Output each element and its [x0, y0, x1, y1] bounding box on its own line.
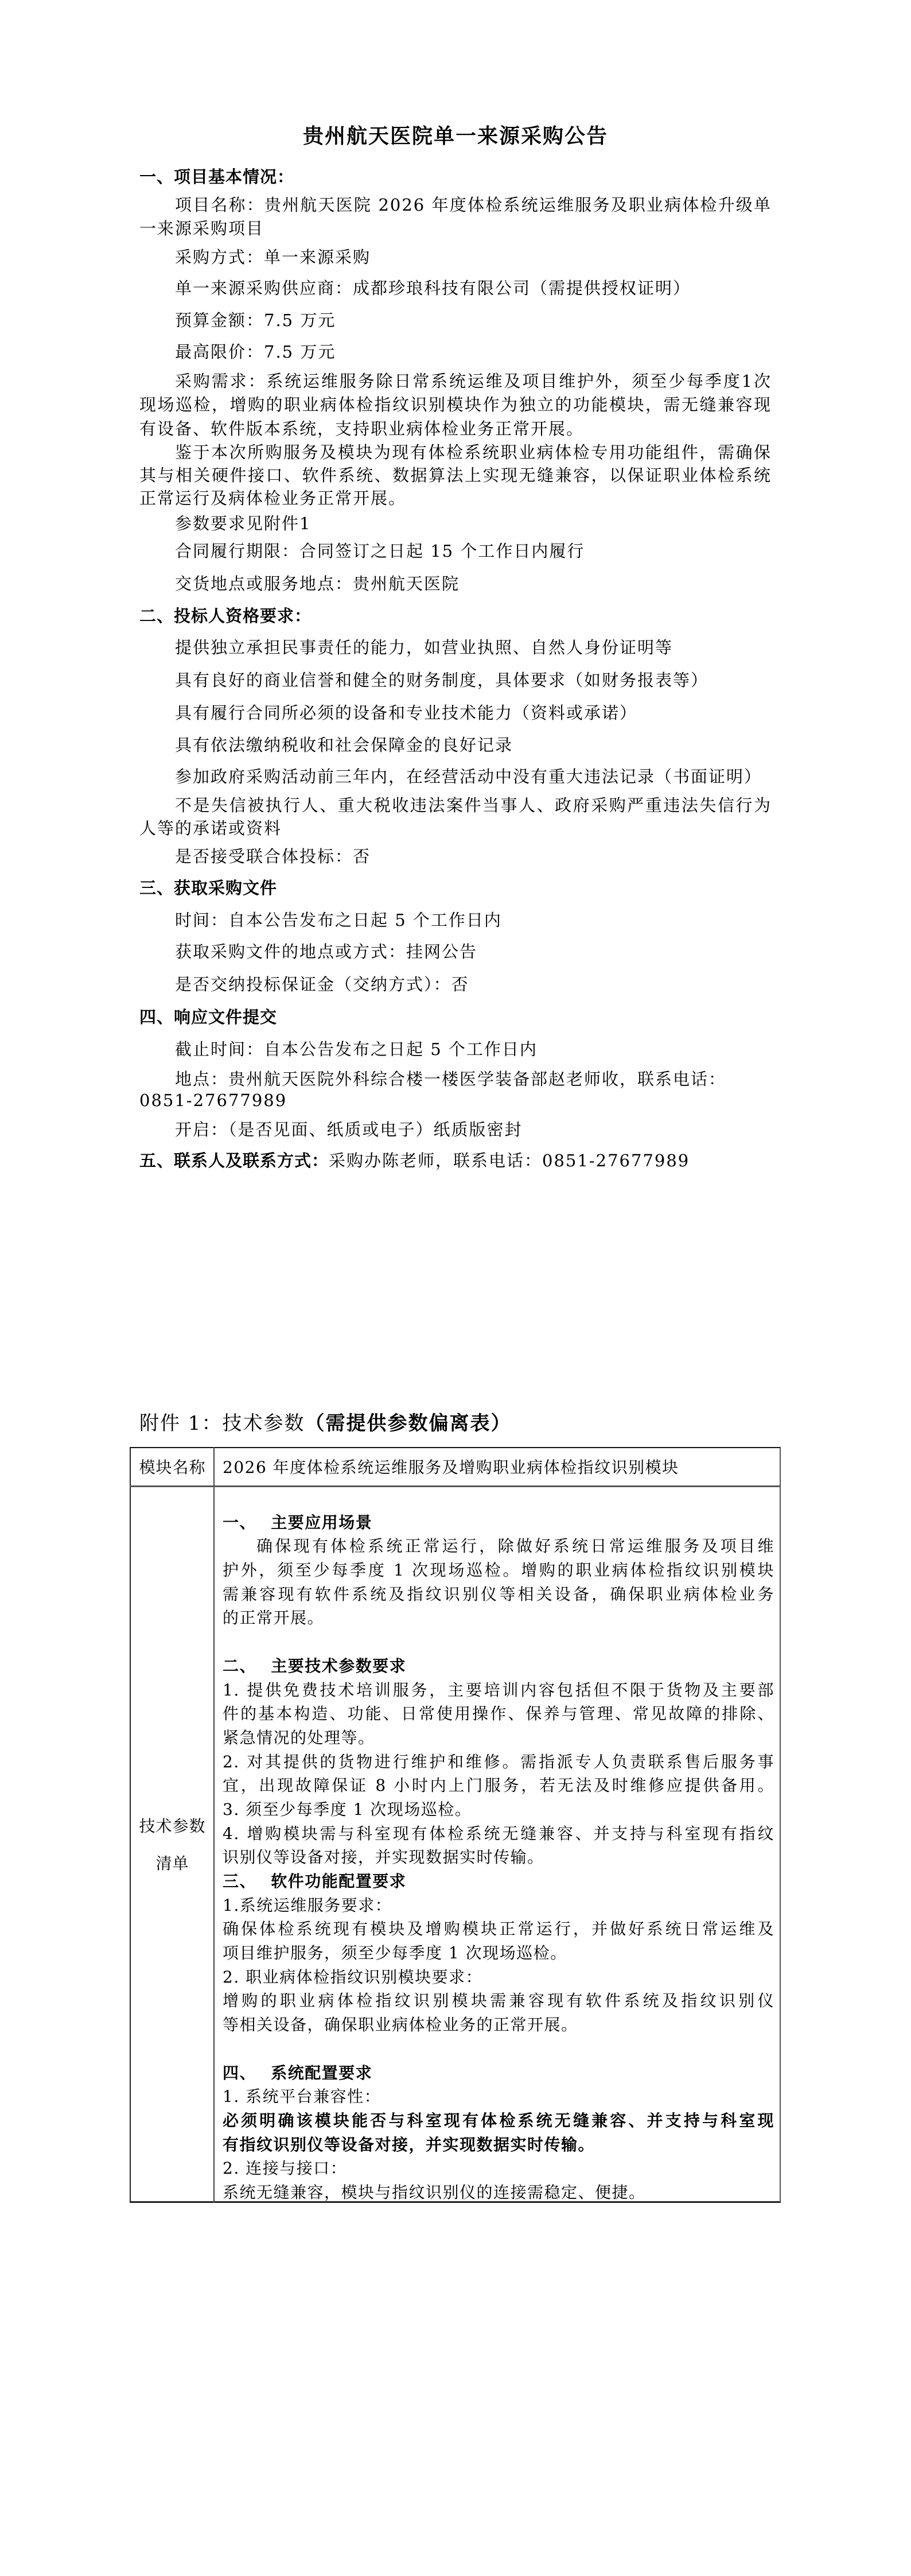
module-name-label: 模块名称	[131, 1456, 214, 1479]
content-line-emphasis: 必须明确该模块能否与科室现有体检系统无缝兼容、并支持与科室现	[223, 2109, 774, 2133]
attachment-title: 附件 1：技术参数（需提供参数偏离表）	[139, 1411, 511, 1436]
procurement-requirement-line: 采购需求：系统运维服务除日常系统运维及项目维护外，须至少每季度1次	[139, 370, 772, 393]
qualification-item: 参加政府采购活动前三年内，在经营活动中没有重大违法记录（书面证明）	[139, 765, 772, 788]
attachment-title-note: （需提供参数偏离表）	[305, 1412, 511, 1435]
content-line: 宜，出现故障保证 8 小时内上门服务，若无法及时维修应提供备用。	[223, 1774, 774, 1798]
supplier: 单一来源采购供应商：成都珍琅科技有限公司（需提供授权证明）	[139, 277, 772, 300]
content-line: 1. 提供免费技术培训服务，主要培训内容包括但不限于货物及主要部	[223, 1678, 774, 1702]
qualification-item: 具有良好的商业信誉和健全的财务制度，具体要求（如财务报表等）	[139, 669, 772, 692]
content-line: 系统无缝兼容，模块与指纹识别仪的连接需稳定、便捷。	[223, 2181, 774, 2205]
module-name-value: 2026 年度体检系统运维服务及增购职业病体检指纹识别模块	[223, 1456, 679, 1479]
blank-line	[223, 1630, 774, 1654]
content-line: 项目维护服务，须至少每季度 1 次现场巡检。	[223, 1941, 774, 1965]
subsection-heading: 四、 系统配置要求	[223, 2061, 774, 2085]
contract-period: 合同履行期限：合同签订之日起 15 个工作日内履行	[139, 540, 772, 562]
content-line: 2. 连接与接口：	[223, 2156, 774, 2181]
opening-method: 开启：（是否见面、纸质或电子）纸质版密封	[139, 1118, 772, 1141]
content-line: 1. 系统平台兼容性：	[223, 2085, 774, 2109]
max-price: 最高限价：7.5 万元	[139, 340, 772, 363]
notice-title: 贵州航天医院单一来源采购公告	[0, 123, 911, 149]
content-line: 识别仪等设备对接，并实现数据实时传输。	[223, 1845, 774, 1869]
content-line: 等相关设备，确保职业病体检业务的正常开展。	[223, 2013, 774, 2037]
bid-deposit: 是否交纳投标保证金（交纳方式）：否	[139, 973, 772, 996]
rationale-line: 鉴于本次所购服务及模块为现有体检系统职业病体检专用功能组件，需确保	[139, 441, 772, 464]
section-heading-contact: 五、联系人及联系方式：	[139, 1151, 329, 1170]
content-line: 增购的职业病体检指纹识别模块需兼容现有软件系统及指纹识别仪	[223, 1989, 774, 2013]
submission-location: 地点：贵州航天医院外科综合楼一楼医学装备部赵老师收，联系电话：	[139, 1068, 772, 1091]
project-name-line: 项目名称：贵州航天医院 2026 年度体检系统运维服务及职业病体检升级单	[139, 193, 772, 216]
content-line: 2. 职业病体检指纹识别模块要求：	[223, 1965, 774, 1989]
section-contact: 五、联系人及联系方式：采购办陈老师，联系电话：0851-27677989	[139, 1149, 772, 1172]
subsection-heading: 二、 主要技术参数要求	[223, 1654, 774, 1678]
content-line: 件的基本构造、功能、日常使用操作、保养与管理、常见故障的排除、	[223, 1702, 774, 1726]
content-line: 确保体检系统现有模块及增购模块正常运行，并做好系统日常运维及	[223, 1917, 774, 1941]
blank-line	[223, 2037, 774, 2061]
content-line: 4. 增购模块需与科室现有体检系统无缝兼容、并支持与科室现有指纹	[223, 1822, 774, 1846]
delivery-location: 交货地点或服务地点：贵州航天医院	[139, 572, 772, 595]
consortium-bid: 是否接受联合体投标：否	[139, 845, 772, 868]
content-line: 护外，须至少每季度 1 次现场巡检。增购的职业病体检指纹识别模块	[223, 1558, 774, 1582]
qualification-item: 具有依法缴纳税收和社会保障金的良好记录	[139, 734, 772, 756]
obtain-time: 时间：自本公告发布之日起 5 个工作日内	[139, 909, 772, 932]
section-heading-basic-info: 一、项目基本情况：	[139, 165, 772, 188]
contact-value: 采购办陈老师，联系电话：0851-27677989	[329, 1151, 690, 1170]
content-line: 需兼容现有软件系统及指纹识别仪等相关设备，确保职业病体检业务	[223, 1582, 774, 1607]
content-line: 1.系统运维服务要求：	[223, 1894, 774, 1918]
project-name-line: 一来源采购项目	[139, 217, 772, 240]
qualification-item: 人等的承诺或资料	[139, 817, 772, 840]
attachment-title-prefix: 附件 1：技术参数	[139, 1412, 305, 1435]
procurement-method: 采购方式：单一来源采购	[139, 246, 772, 269]
content-line: 的正常开展。	[223, 1606, 774, 1630]
submission-phone: 0851-27677989	[139, 1089, 772, 1112]
qualification-item: 具有履行合同所必须的设备和专业技术能力（资料或承诺）	[139, 701, 772, 724]
content-line: 2. 对其提供的货物进行维护和维修。需指派专人负责联系售后服务事	[223, 1750, 774, 1774]
tech-params-content: 一、 主要应用场景 确保现有体检系统正常运行，除做好系统日常运维服务及项目维 护…	[223, 1487, 774, 2205]
tech-list-label: 技术参数	[131, 1815, 214, 1838]
tech-list-label: 清单	[131, 1852, 214, 1875]
content-line: 确保现有体检系统正常运行，除做好系统日常运维服务及项目维	[223, 1534, 774, 1558]
qualification-item: 不是失信被执行人、重大税收违法案件当事人、政府采购严重违法失信行为	[139, 794, 772, 817]
submission-deadline: 截止时间：自本公告发布之日起 5 个工作日内	[139, 1038, 772, 1061]
obtain-method: 获取采购文件的地点或方式：挂网公告	[139, 940, 772, 963]
section-heading-obtain-documents: 三、获取采购文件	[139, 876, 772, 899]
procurement-requirement-line: 现场巡检，增购的职业病体检指纹识别模块作为独立的功能模块，需无缝兼容现	[139, 393, 772, 416]
content-line: 紧急情况的处理等。	[223, 1726, 774, 1750]
params-reference: 参数要求见附件1	[139, 512, 772, 535]
subsection-heading: 一、 主要应用场景	[223, 1511, 774, 1535]
section-heading-submission: 四、响应文件提交	[139, 1006, 772, 1029]
procurement-requirement-line: 有设备、软件版本系统，支持职业病体检业务正常开展。	[139, 417, 772, 440]
blank-line	[223, 1487, 774, 1511]
content-line-emphasis: 有指纹识别仪等设备对接，并实现数据实时传输。	[223, 2133, 774, 2157]
qualification-item: 提供独立承担民事责任的能力，如营业执照、自然人身份证明等	[139, 636, 772, 659]
rationale-line: 正常运行及病体检业务正常开展。	[139, 487, 772, 510]
budget-amount: 预算金额：7.5 万元	[139, 309, 772, 332]
subsection-heading: 三、 软件功能配置要求	[223, 1869, 774, 1894]
content-line: 3. 须至少每季度 1 次现场巡检。	[223, 1798, 774, 1822]
section-heading-qualifications: 二、投标人资格要求：	[139, 604, 772, 627]
rationale-line: 其与相关硬件接口、软件系统、数据算法上实现无缝兼容，以保证职业体检系统	[139, 464, 772, 487]
document-page: 贵州航天医院单一来源采购公告 一、项目基本情况： 项目名称：贵州航天医院 202…	[0, 0, 911, 2576]
